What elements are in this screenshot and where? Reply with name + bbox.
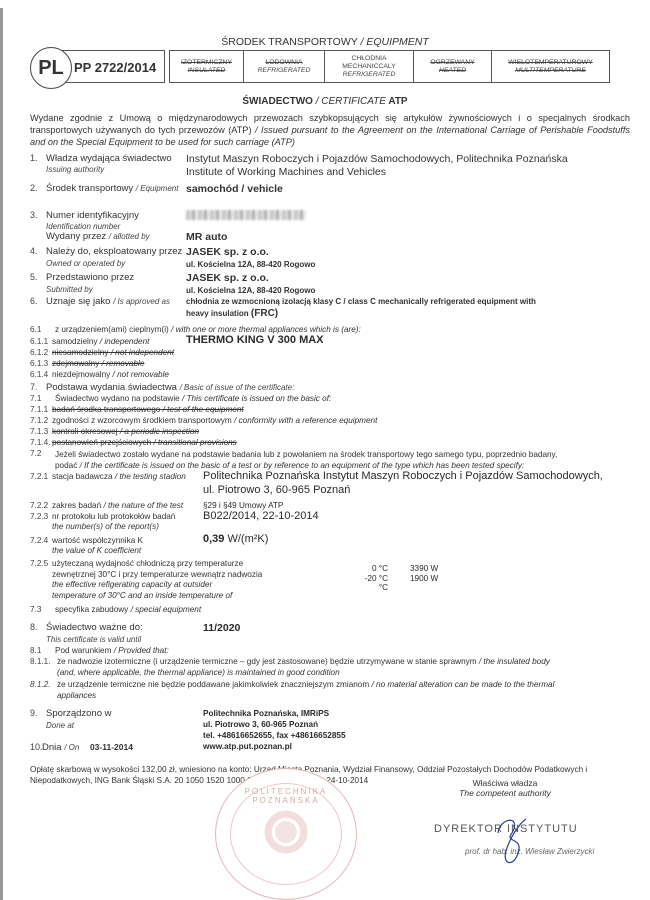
certificate-title: ŚWIADECTWO / CERTIFICATE ATP bbox=[0, 96, 650, 107]
valid-until-date: 11/2020 bbox=[203, 622, 240, 634]
equipment-type-refrigerated: LODOWNIA REFRIGERATED bbox=[244, 51, 325, 82]
issue-date: 03-11-2014 bbox=[90, 742, 133, 752]
official-stamp: POLITECHNIKA POZNAŃSKA bbox=[215, 768, 357, 900]
page-edge bbox=[0, 8, 3, 900]
equipment-type-multitemperature: WIELOTEMPERATUROWY MULTITEMPERATURE bbox=[492, 51, 609, 82]
certificate-number: PP 2722/2014 bbox=[62, 50, 165, 83]
capacity-table: 0 °C3390 W -20 °C1900 W °C bbox=[355, 564, 438, 593]
redacted-identification-number bbox=[186, 210, 306, 220]
website-link[interactable]: www.atp.put.poznan.pl bbox=[203, 742, 292, 751]
signature-icon bbox=[490, 815, 530, 870]
equipment-title: ŚRODEK TRANSPORTOWY / EQUIPMENT bbox=[0, 36, 650, 48]
equipment-type-mechanically-refrigerated: CHŁODNIA MECHANICCALY REFRIGERATED bbox=[325, 51, 414, 82]
equipment-type-heated: OGRZEWANY HEATED bbox=[414, 51, 492, 82]
competent-authority: Właściwa władzaThe competent authority bbox=[430, 778, 580, 798]
equipment-type-insulated: IZOTERMICZNY INSULATED bbox=[170, 51, 244, 82]
thermal-appliance-model: THERMO KING V 300 MAX bbox=[186, 335, 324, 345]
intro-paragraph: Wydane zgodnie z Umową o międzynarodowyc… bbox=[30, 112, 630, 148]
eagle-emblem-icon bbox=[261, 807, 311, 857]
country-code-badge: PL bbox=[30, 47, 72, 89]
equipment-type-table: IZOTERMICZNY INSULATED LODOWNIA REFRIGER… bbox=[169, 50, 610, 83]
